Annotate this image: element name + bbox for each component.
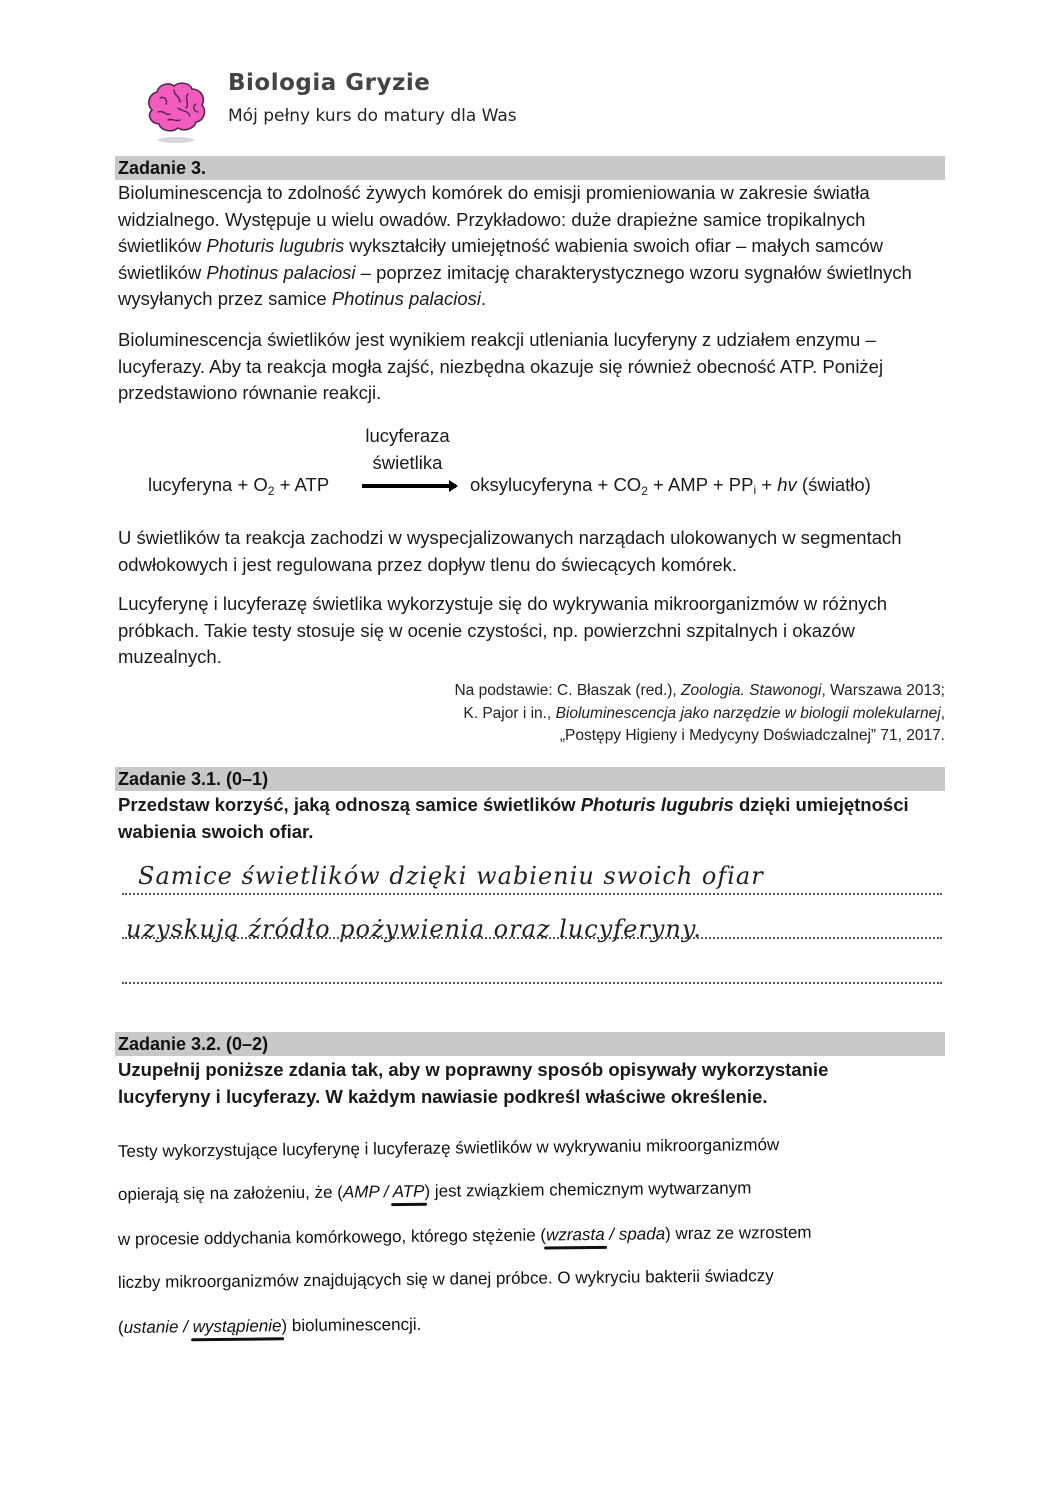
equation-products: oksylucyferyna + CO2 + AMP + PPi + hv (ś… [470, 474, 871, 498]
option-amp[interactable]: AMP [343, 1182, 379, 1201]
task3-title: Zadanie 3. [118, 158, 206, 179]
species-name: Photuris lugubris [206, 235, 344, 256]
task31-header-bar: Zadanie 3.1. (0–1) [115, 767, 945, 791]
brand-subtitle: Mój pełny kurs do matury dla Was [228, 106, 517, 126]
task31-title: Zadanie 3.1. (0–1) [118, 769, 268, 790]
reaction-arrow-icon [362, 484, 456, 488]
task3-intro-paragraph: Bioluminescencja to zdolność żywych komó… [118, 180, 948, 313]
task32-instruction: Uzupełnij poniższe zdania tak, aby w pop… [118, 1057, 898, 1110]
answer-line-3[interactable] [122, 982, 942, 984]
fill-line-5: (ustanie / wystąpienie) bioluminescencji… [118, 1310, 898, 1338]
brain-logo-icon [140, 74, 212, 146]
option-spada[interactable]: spada [619, 1224, 666, 1243]
equation-reactants: lucyferyna + O2 + ATP [148, 474, 329, 498]
task3-organs-paragraph: U świetlików ta reakcja zachodzi w wyspe… [118, 525, 933, 578]
brand-title: Biologia Gryzie [228, 70, 430, 96]
species-name: Photinus palaciosi [206, 262, 355, 283]
answer-line-2[interactable] [122, 937, 942, 939]
fill-line-3: w procesie oddychania komórkowego, które… [118, 1222, 898, 1250]
option-atp-selected[interactable]: ATP [393, 1182, 425, 1201]
option-wystapienie-selected[interactable]: wystąpienie [193, 1316, 282, 1336]
task3-usage-paragraph: Lucyferynę i lucyferazę świetlika wykorz… [118, 591, 948, 671]
fill-line-2: opierają się na założeniu, że (AMP / ATP… [118, 1177, 898, 1205]
task31-question: Przedstaw korzyść, jaką odnoszą samice ś… [118, 792, 948, 845]
answer-line-1[interactable] [122, 893, 942, 895]
option-ustanie[interactable]: ustanie [124, 1317, 179, 1337]
answer-line-1-text: Samice świetlików dzięki wabieniu swoich… [138, 862, 764, 890]
task3-header-bar: Zadanie 3. [115, 156, 945, 180]
fill-line-4: liczby mikroorganizmów znajdujących się … [118, 1265, 898, 1293]
option-wzrasta-selected[interactable]: wzrasta [546, 1225, 605, 1245]
species-name: Photinus palaciosi [332, 288, 481, 309]
task32-header-bar: Zadanie 3.2. (0–2) [115, 1032, 945, 1056]
source-citation: Na podstawie: C. Błaszak (red.), Zoologi… [345, 680, 945, 748]
enzyme-label: lucyferaza świetlika [355, 422, 460, 476]
task32-title: Zadanie 3.2. (0–2) [118, 1034, 268, 1055]
task3-reaction-paragraph: Bioluminescencja świetlików jest wynikie… [118, 327, 948, 407]
fill-line-1: Testy wykorzystujące lucyferynę i lucyfe… [118, 1134, 898, 1162]
